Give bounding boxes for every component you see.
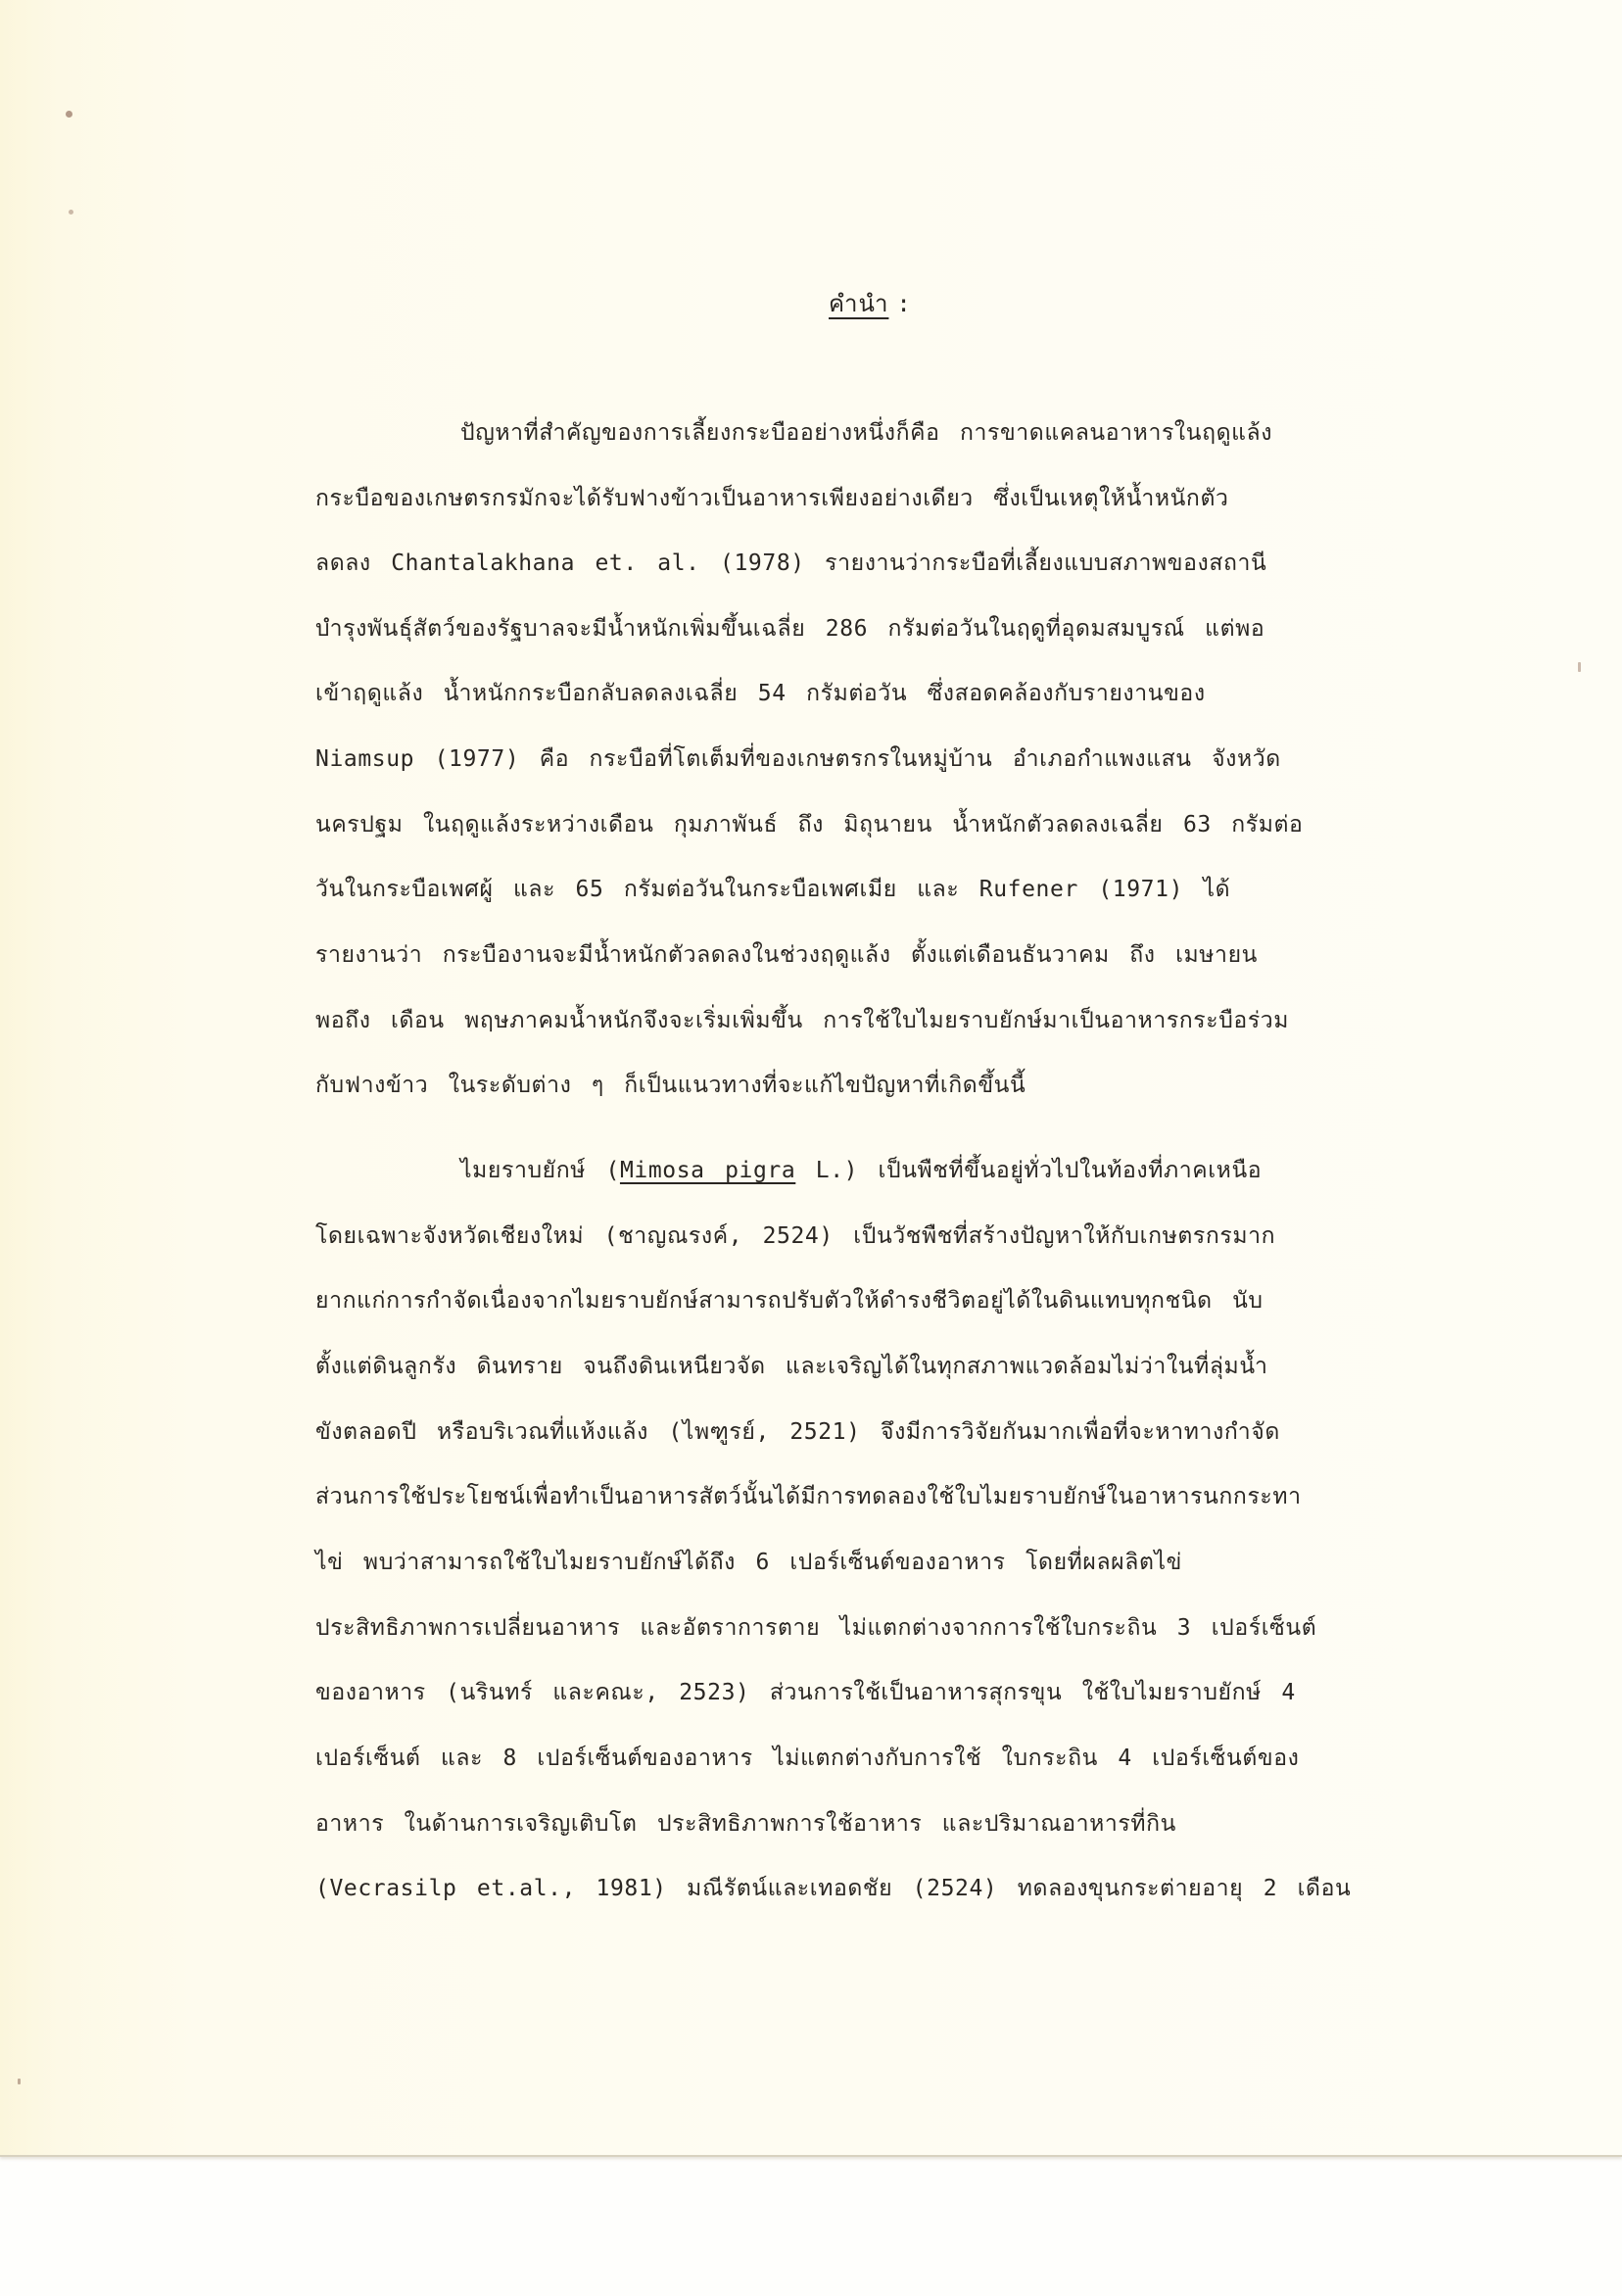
text-line: ยากแก่การกำจัดเนื่องจากไมยราบยักษ์สามารถ… bbox=[315, 1286, 1264, 1315]
paper-speck bbox=[69, 210, 73, 215]
text-segment: ไมยราบยักษ์ ( bbox=[460, 1158, 620, 1183]
text-line: เข้าฤดูแล้ง น้ำหนักกระบือกลับลดลงเฉลี่ย … bbox=[315, 679, 1206, 708]
text-line: ส่วนการใช้ประโยชน์เพื่อทำเป็นอาหารสัตว์น… bbox=[315, 1482, 1302, 1511]
text-line: วันในกระบือเพศผู้ และ 65 กรัมต่อวันในกระ… bbox=[315, 875, 1230, 904]
text-line: พอถึง เดือน พฤษภาคมน้ำหนักจึงจะเริ่มเพิ่… bbox=[315, 1006, 1289, 1035]
text-line: กับฟางข้าว ในระดับต่าง ๆ ก็เป็นแนวทางที่… bbox=[315, 1071, 1026, 1100]
paper-speck bbox=[1578, 662, 1581, 672]
heading-colon: : bbox=[896, 290, 911, 317]
text-line: ของอาหาร (นรินทร์ และคณะ, 2523) ส่วนการใ… bbox=[315, 1678, 1296, 1707]
text-line: ไข่ พบว่าสามารถใช้ใบไมยราบยักษ์ได้ถึง 6 … bbox=[315, 1548, 1182, 1577]
text-line: (Vecrasilp et.al., 1981) มณีรัตน์และเทอด… bbox=[315, 1874, 1351, 1903]
document-heading: คำนำ: bbox=[829, 284, 912, 322]
paper-speck bbox=[66, 111, 72, 118]
text-line: รายงานว่า กระบืองานจะมีน้ำหนักตัวลดลงในช… bbox=[315, 940, 1258, 970]
text-line: ขังตลอดปี หรือบริเวณที่แห้งแล้ง (ไพฑูรย์… bbox=[315, 1417, 1280, 1447]
text-line: โดยเฉพาะจังหวัดเชียงใหม่ (ชาญณรงค์, 2524… bbox=[315, 1221, 1275, 1251]
text-line: นครปฐม ในฤดูแล้งระหว่างเดือน กุมภาพันธ์ … bbox=[315, 810, 1303, 839]
text-line-with-scientific-name: ไมยราบยักษ์ (Mimosa pigra L.) เป็นพืชที่… bbox=[460, 1156, 1262, 1185]
scientific-name: Mimosa pigra bbox=[620, 1158, 795, 1183]
paper-speck bbox=[18, 2079, 21, 2084]
text-line: ตั้งแต่ดินลูกรัง ดินทราย จนถึงดินเหนียวจ… bbox=[315, 1352, 1268, 1381]
text-line: ประสิทธิภาพการเปลี่ยนอาหาร และอัตราการตา… bbox=[315, 1613, 1316, 1643]
text-line: บำรุงพันธุ์สัตว์ของรัฐบาลจะมีน้ำหนักเพิ่… bbox=[315, 614, 1264, 644]
text-line: อาหาร ในด้านการเจริญเติบโต ประสิทธิภาพกา… bbox=[315, 1809, 1176, 1839]
text-line: กระบือของเกษตรกรมักจะได้รับฟางข้าวเป็นอา… bbox=[315, 484, 1229, 513]
heading-title: คำนำ bbox=[829, 290, 888, 317]
text-line: เปอร์เซ็นต์ และ 8 เปอร์เซ็นต์ของอาหาร ไม… bbox=[315, 1744, 1299, 1773]
text-segment: L.) เป็นพืชที่ขึ้นอยู่ทั่วไปในท้องที่ภาค… bbox=[795, 1158, 1262, 1183]
text-line: ลดลง Chantalakhana et. al. (1978) รายงาน… bbox=[315, 549, 1266, 578]
text-line: Niamsup (1977) คือ กระบือที่โตเต็มที่ของ… bbox=[315, 744, 1281, 774]
text-line: ปัญหาที่สำคัญของการเลี้ยงกระบืออย่างหนึ่… bbox=[460, 418, 1272, 448]
